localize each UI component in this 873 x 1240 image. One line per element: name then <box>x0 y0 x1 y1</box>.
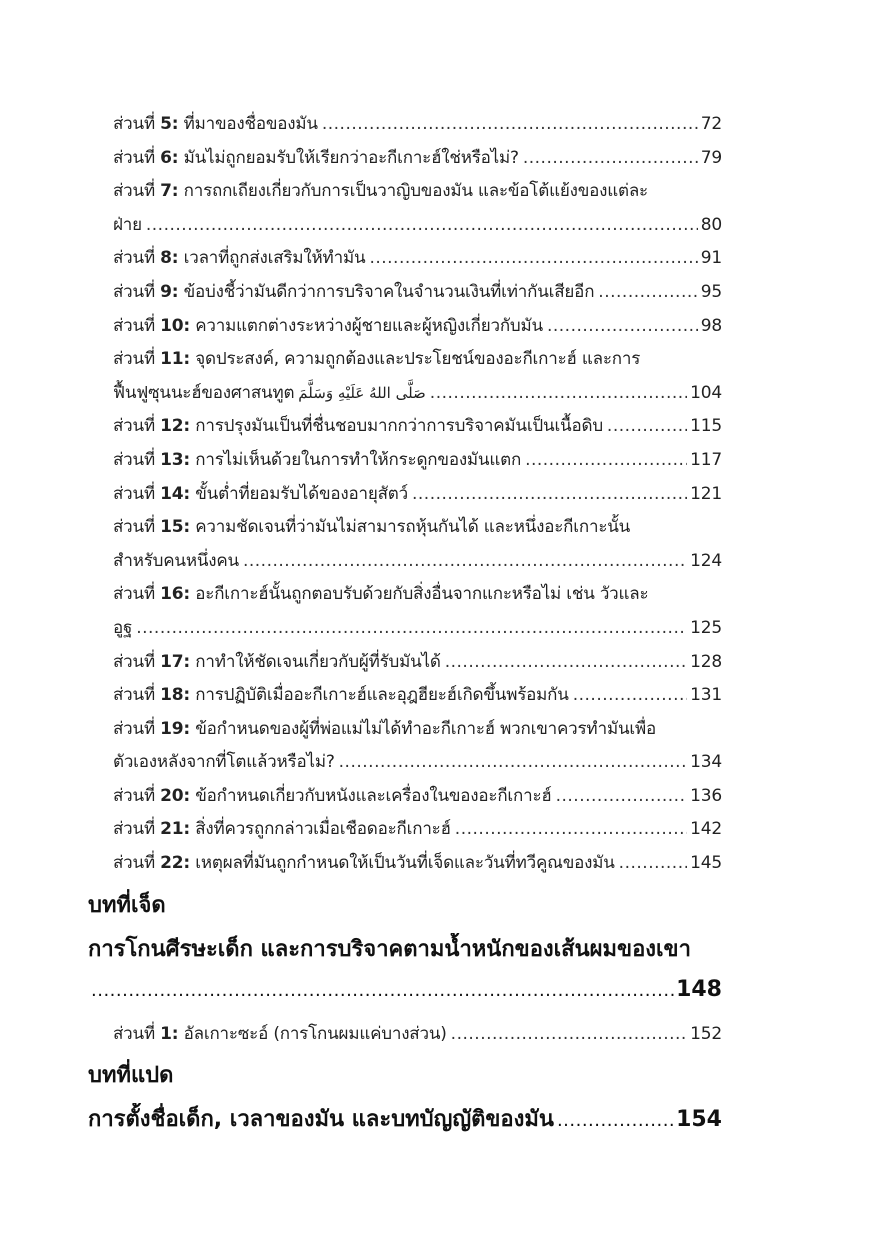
entry-title: สิ่งที่ควรถูกกล่าวเมื่อเชือดอะกีเกาะฮ์ <box>195 819 451 839</box>
entry-text: ส่วนที่ 5: ที่มาของชื่อของมัน <box>113 108 318 142</box>
toc-entry[interactable]: ส่วนที่ 13: การไม่เห็นด้วยในการทำให้กระด… <box>88 444 722 478</box>
section-number: 18: <box>160 685 190 705</box>
toc-entry-line: ส่วนที่ 22: เหตุผลที่มันถูกกำหนดให้เป็นว… <box>113 847 722 881</box>
page-number: 117 <box>690 444 722 478</box>
entry-title: ที่มาของชื่อของมัน <box>184 114 318 134</box>
section-number: 21: <box>160 819 190 839</box>
dot-leader <box>598 276 697 310</box>
toc-entry-line: ส่วนที่ 8: เวลาที่ถูกส่งเสริมให้ทำมัน91 <box>113 242 722 276</box>
section-label: ส่วนที่ <box>113 248 155 268</box>
toc-entry-line: ส่วนที่ 1: อัลเกาะซะอ์ (การโกนผมแค่บางส่… <box>113 1018 722 1052</box>
entry-text: สำหรับคนหนึ่งคน <box>113 545 239 579</box>
entry-title: ความชัดเจนที่ว่ามันไม่สามารถหุ้นกันได้ แ… <box>195 517 630 537</box>
dot-leader <box>136 612 687 646</box>
toc-entry[interactable]: ส่วนที่ 9: ข้อบ่งชี้ว่ามันดีกว่าการบริจา… <box>88 276 722 310</box>
toc-entry-line: ส่วนที่ 9: ข้อบ่งชี้ว่ามันดีกว่าการบริจา… <box>113 276 722 310</box>
entry-title: เหตุผลที่มันถูกกำหนดให้เป็นวันที่เจ็ดและ… <box>195 853 614 873</box>
toc-entry-line: ส่วนที่ 10: ความแตกต่างระหว่างผู้ชายและผ… <box>113 310 722 344</box>
toc-entry[interactable]: ส่วนที่ 20: ข้อกำหนดเกี่ยวกับหนังและเครื… <box>88 780 722 814</box>
section-label: ส่วนที่ <box>113 652 155 672</box>
entry-text: ส่วนที่ 15: ความชัดเจนที่ว่ามันไม่สามารถ… <box>113 511 630 545</box>
toc-entry[interactable]: ส่วนที่ 16: อะกีเกาะฮ์นั้นถูกตอบรับด้วยก… <box>88 578 722 645</box>
section-number: 16: <box>160 584 190 604</box>
entry-text: ส่วนที่ 13: การไม่เห็นด้วยในการทำให้กระด… <box>113 444 521 478</box>
page-number: 152 <box>690 1018 722 1052</box>
page-number: 131 <box>690 679 722 713</box>
dot-leader <box>455 813 687 847</box>
section-label: ส่วนที่ <box>113 786 155 806</box>
entry-text: ส่วนที่ 7: การถกเถียงเกี่ยวกับการเป็นวาญ… <box>113 175 648 209</box>
toc-entry[interactable]: ส่วนที่ 19: ข้อกำหนดของผู้ที่พ่อแม่ไม่ได… <box>88 713 722 780</box>
entry-text: ส่วนที่ 22: เหตุผลที่มันถูกกำหนดให้เป็นว… <box>113 847 615 881</box>
page-number: 91 <box>701 242 722 276</box>
section-number: 9: <box>160 282 178 302</box>
toc-entry-line: ตัวเองหลังจากที่โตแล้วหรือไม่?134 <box>113 746 722 780</box>
dot-leader <box>607 410 687 444</box>
section-number: 15: <box>160 517 190 537</box>
chapter-title-entry[interactable]: การโกนศีรษะเด็ก และการบริจาคตามน้ำหนักขอ… <box>88 933 722 1008</box>
section-label: ส่วนที่ <box>113 316 155 336</box>
toc-entry-line: ส่วนที่ 11: จุดประสงค์, ความถูกต้องและปร… <box>113 343 722 377</box>
page-number: 136 <box>690 780 722 814</box>
dot-leader <box>369 242 697 276</box>
entry-title: ข้อกำหนดของผู้ที่พ่อแม่ไม่ได้ทำอะกีเกาะฮ… <box>195 719 656 739</box>
dot-leader <box>322 108 698 142</box>
dot-leader <box>547 310 698 344</box>
toc-entry-line: สำหรับคนหนึ่งคน124 <box>113 545 722 579</box>
chapter-title-line: 148 <box>88 973 722 1008</box>
toc-entry[interactable]: ส่วนที่ 5: ที่มาของชื่อของมัน72 <box>88 108 722 142</box>
section-number: 13: <box>160 450 190 470</box>
section-number: 1: <box>160 1024 178 1044</box>
entry-title: ฟื้นฟูซุนนะฮ์ของศาสนทูต <box>113 383 294 403</box>
entry-title: การปรุงมันเป็นที่ชื่นชอบมากกว่าการบริจาค… <box>195 416 603 436</box>
page-number: 80 <box>701 209 722 243</box>
section-number: 22: <box>160 853 190 873</box>
page-number: 145 <box>690 847 722 881</box>
dot-leader <box>573 679 687 713</box>
dot-leader <box>339 746 687 780</box>
entry-text: ส่วนที่ 6: มันไม่ถูกยอมรับให้เรียกว่าอะก… <box>113 142 519 176</box>
entry-text: ส่วนที่ 12: การปรุงมันเป็นที่ชื่นชอบมากก… <box>113 410 603 444</box>
toc-entry-line: ส่วนที่ 15: ความชัดเจนที่ว่ามันไม่สามารถ… <box>113 511 722 545</box>
toc-entry-line: ส่วนที่ 16: อะกีเกาะฮ์นั้นถูกตอบรับด้วยก… <box>113 578 722 612</box>
entry-title: การไม่เห็นด้วยในการทำให้กระดูกของมันแตก <box>195 450 521 470</box>
entry-text: ส่วนที่ 16: อะกีเกาะฮ์นั้นถูกตอบรับด้วยก… <box>113 578 648 612</box>
entry-text: ฝ่าย <box>113 209 142 243</box>
page-number: 124 <box>690 545 722 579</box>
entry-text: ส่วนที่ 21: สิ่งที่ควรถูกกล่าวเมื่อเชือด… <box>113 813 451 847</box>
entry-text: ส่วนที่ 20: ข้อกำหนดเกี่ยวกับหนังและเครื… <box>113 780 552 814</box>
section-number: 17: <box>160 652 190 672</box>
dot-leader <box>91 974 675 1008</box>
page-number: 134 <box>690 746 722 780</box>
section-number: 20: <box>160 786 190 806</box>
page-number: 104 <box>690 377 722 411</box>
chapter-title: การโกนศีรษะเด็ก และการบริจาคตามน้ำหนักขอ… <box>88 933 691 967</box>
entry-title: ข้อบ่งชี้ว่ามันดีกว่าการบริจาคในจำนวนเงิ… <box>184 282 595 302</box>
section-label: ส่วนที่ <box>113 819 155 839</box>
section-number: 6: <box>160 148 178 168</box>
entry-text: ส่วนที่ 11: จุดประสงค์, ความถูกต้องและปร… <box>113 343 640 377</box>
toc-entry-line: ฟื้นฟูซุนนะฮ์ของศาสนทูตصَلَّى اللهُ عَلَ… <box>113 377 722 411</box>
dot-leader <box>430 377 687 411</box>
page-number: 121 <box>690 478 722 512</box>
section-label: ส่วนที่ <box>113 517 155 537</box>
toc-entry[interactable]: ส่วนที่ 7: การถกเถียงเกี่ยวกับการเป็นวาญ… <box>88 175 722 242</box>
entry-title: การถกเถียงเกี่ยวกับการเป็นวาญิบของมัน แล… <box>184 181 648 201</box>
entry-text: ส่วนที่ 19: ข้อกำหนดของผู้ที่พ่อแม่ไม่ได… <box>113 713 656 747</box>
table-of-contents: ส่วนที่ 5: ที่มาของชื่อของมัน72ส่วนที่ 6… <box>88 108 722 1138</box>
entry-title: อัลเกาะซะอ์ (การโกนผมแค่บางส่วน) <box>184 1024 447 1044</box>
entry-text: ส่วนที่ 18: การปฏิบัติเมื่ออะกีเกาะฮ์และ… <box>113 679 569 713</box>
toc-entry-line: ส่วนที่ 7: การถกเถียงเกี่ยวกับการเป็นวาญ… <box>113 175 722 209</box>
toc-entry-line: ส่วนที่ 17: กาทำให้ชัดเจนเกี่ยวกับผู้ที่… <box>113 646 722 680</box>
dot-leader <box>525 444 687 478</box>
section-number: 5: <box>160 114 178 134</box>
section-number: 14: <box>160 484 190 504</box>
entry-text: ฟื้นฟูซุนนะฮ์ของศาสนทูตصَلَّى اللهُ عَلَ… <box>113 377 426 411</box>
section-label: ส่วนที่ <box>113 484 155 504</box>
dot-leader <box>445 646 687 680</box>
toc-entry-line: ส่วนที่ 21: สิ่งที่ควรถูกกล่าวเมื่อเชือด… <box>113 813 722 847</box>
section-number: 10: <box>160 316 190 336</box>
entry-text: ส่วนที่ 9: ข้อบ่งชี้ว่ามันดีกว่าการบริจา… <box>113 276 594 310</box>
section-label: ส่วนที่ <box>113 416 155 436</box>
section-label: ส่วนที่ <box>113 181 155 201</box>
toc-entry[interactable]: ส่วนที่ 17: กาทำให้ชัดเจนเกี่ยวกับผู้ที่… <box>88 646 722 680</box>
toc-entry[interactable]: ส่วนที่ 15: ความชัดเจนที่ว่ามันไม่สามารถ… <box>88 511 722 578</box>
section-label: ส่วนที่ <box>113 349 155 369</box>
section-label: ส่วนที่ <box>113 450 155 470</box>
dot-leader <box>556 780 688 814</box>
toc-entry-line: ส่วนที่ 5: ที่มาของชื่อของมัน72 <box>113 108 722 142</box>
entry-title: ฝ่าย <box>113 215 142 235</box>
toc-entry-line: ส่วนที่ 6: มันไม่ถูกยอมรับให้เรียกว่าอะก… <box>113 142 722 176</box>
section-number: 12: <box>160 416 190 436</box>
toc-entry[interactable]: ส่วนที่ 11: จุดประสงค์, ความถูกต้องและปร… <box>88 343 722 410</box>
dot-leader <box>557 1104 675 1138</box>
toc-entry[interactable]: ส่วนที่ 18: การปฏิบัติเมื่ออะกีเกาะฮ์และ… <box>88 679 722 713</box>
page-number: 125 <box>690 612 722 646</box>
toc-entry[interactable]: ส่วนที่ 10: ความแตกต่างระหว่างผู้ชายและผ… <box>88 310 722 344</box>
entry-text: ส่วนที่ 14: ขั้นต่ำที่ยอมรับได้ของอายุสั… <box>113 478 408 512</box>
page-number: 72 <box>701 108 722 142</box>
entry-title: อูฐ <box>113 618 132 638</box>
page-number: 95 <box>701 276 722 310</box>
section-label: ส่วนที่ <box>113 114 155 134</box>
entry-title: ข้อกำหนดเกี่ยวกับหนังและเครื่องในของอะกี… <box>195 786 551 806</box>
section-label: ส่วนที่ <box>113 584 155 604</box>
entry-text: ส่วนที่ 8: เวลาที่ถูกส่งเสริมให้ทำมัน <box>113 242 365 276</box>
toc-entry-line: ส่วนที่ 18: การปฏิบัติเมื่ออะกีเกาะฮ์และ… <box>113 679 722 713</box>
dot-leader <box>412 478 687 512</box>
section-number: 8: <box>160 248 178 268</box>
entry-text: ส่วนที่ 17: กาทำให้ชัดเจนเกี่ยวกับผู้ที่… <box>113 646 441 680</box>
section-label: ส่วนที่ <box>113 1024 155 1044</box>
entry-title: ความแตกต่างระหว่างผู้ชายและผู้หญิงเกี่ยว… <box>195 316 543 336</box>
toc-entry-line: ส่วนที่ 20: ข้อกำหนดเกี่ยวกับหนังและเครื… <box>113 780 722 814</box>
section-label: ส่วนที่ <box>113 685 155 705</box>
chapter-title-line: การโกนศีรษะเด็ก และการบริจาคตามน้ำหนักขอ… <box>88 933 722 967</box>
chapter-title: การตั้งชื่อเด็ก, เวลาของมัน และบทบัญญัติ… <box>88 1103 554 1137</box>
chapter-label: บทที่แปด <box>88 1059 722 1093</box>
toc-entry[interactable]: ส่วนที่ 22: เหตุผลที่มันถูกกำหนดให้เป็นว… <box>88 847 722 881</box>
dot-leader <box>451 1018 687 1052</box>
entry-text: ส่วนที่ 1: อัลเกาะซะอ์ (การโกนผมแค่บางส่… <box>113 1018 447 1052</box>
toc-entry[interactable]: ส่วนที่ 12: การปรุงมันเป็นที่ชื่นชอบมากก… <box>88 410 722 444</box>
entry-title: การปฏิบัติเมื่ออะกีเกาะฮ์และอุฎฮียะฮ์เกิ… <box>195 685 568 705</box>
toc-entry[interactable]: ส่วนที่ 8: เวลาที่ถูกส่งเสริมให้ทำมัน91 <box>88 242 722 276</box>
section-number: 11: <box>160 349 190 369</box>
page-number: 154 <box>676 1103 722 1137</box>
page-number: 98 <box>701 310 722 344</box>
toc-entry[interactable]: ส่วนที่ 14: ขั้นต่ำที่ยอมรับได้ของอายุสั… <box>88 478 722 512</box>
toc-entry-line: ส่วนที่ 12: การปรุงมันเป็นที่ชื่นชอบมากก… <box>113 410 722 444</box>
entry-text: ส่วนที่ 10: ความแตกต่างระหว่างผู้ชายและผ… <box>113 310 543 344</box>
page-number: 128 <box>690 646 722 680</box>
chapter-label: บทที่เจ็ด <box>88 889 722 923</box>
entry-title: จุดประสงค์, ความถูกต้องและประโยชน์ของอะก… <box>195 349 640 369</box>
toc-entry-line: อูฐ125 <box>113 612 722 646</box>
entry-text: อูฐ <box>113 612 132 646</box>
toc-entry[interactable]: ส่วนที่ 1: อัลเกาะซะอ์ (การโกนผมแค่บางส่… <box>88 1018 722 1052</box>
dot-leader <box>146 209 698 243</box>
page-number: 142 <box>690 813 722 847</box>
section-label: ส่วนที่ <box>113 282 155 302</box>
toc-page: ส่วนที่ 5: ที่มาของชื่อของมัน72ส่วนที่ 6… <box>0 0 873 1240</box>
entry-title: สำหรับคนหนึ่งคน <box>113 551 239 571</box>
dot-leader <box>619 847 687 881</box>
section-label: ส่วนที่ <box>113 148 155 168</box>
entry-title: เวลาที่ถูกส่งเสริมให้ทำมัน <box>184 248 366 268</box>
entry-title: ตัวเองหลังจากที่โตแล้วหรือไม่? <box>113 752 335 772</box>
arabic-honorific: صَلَّى اللهُ عَلَيْهِ وَسَلَّمَ <box>298 384 426 402</box>
toc-entry-line: ส่วนที่ 19: ข้อกำหนดของผู้ที่พ่อแม่ไม่ได… <box>113 713 722 747</box>
dot-leader <box>523 142 698 176</box>
page-number: 148 <box>676 973 722 1007</box>
toc-entry[interactable]: ส่วนที่ 21: สิ่งที่ควรถูกกล่าวเมื่อเชือด… <box>88 813 722 847</box>
chapter-title-line: การตั้งชื่อเด็ก, เวลาของมัน และบทบัญญัติ… <box>88 1103 722 1138</box>
toc-entry-line: ส่วนที่ 14: ขั้นต่ำที่ยอมรับได้ของอายุสั… <box>113 478 722 512</box>
entry-title: กาทำให้ชัดเจนเกี่ยวกับผู้ที่รับมันได้ <box>195 652 440 672</box>
section-number: 19: <box>160 719 190 739</box>
dot-leader <box>243 545 687 579</box>
chapter-title-entry[interactable]: การตั้งชื่อเด็ก, เวลาของมัน และบทบัญญัติ… <box>88 1103 722 1138</box>
page-number: 115 <box>690 410 722 444</box>
section-label: ส่วนที่ <box>113 853 155 873</box>
entry-title: อะกีเกาะฮ์นั้นถูกตอบรับด้วยกับสิ่งอื่นจา… <box>195 584 648 604</box>
toc-entry-line: ฝ่าย80 <box>113 209 722 243</box>
entry-title: ขั้นต่ำที่ยอมรับได้ของอายุสัตว์ <box>195 484 408 504</box>
page-number: 79 <box>701 142 722 176</box>
section-label: ส่วนที่ <box>113 719 155 739</box>
entry-title: มันไม่ถูกยอมรับให้เรียกว่าอะกีเกาะฮ์ใช่ห… <box>184 148 519 168</box>
toc-entry[interactable]: ส่วนที่ 6: มันไม่ถูกยอมรับให้เรียกว่าอะก… <box>88 142 722 176</box>
entry-text: ตัวเองหลังจากที่โตแล้วหรือไม่? <box>113 746 335 780</box>
toc-entry-line: ส่วนที่ 13: การไม่เห็นด้วยในการทำให้กระด… <box>113 444 722 478</box>
section-number: 7: <box>160 181 178 201</box>
